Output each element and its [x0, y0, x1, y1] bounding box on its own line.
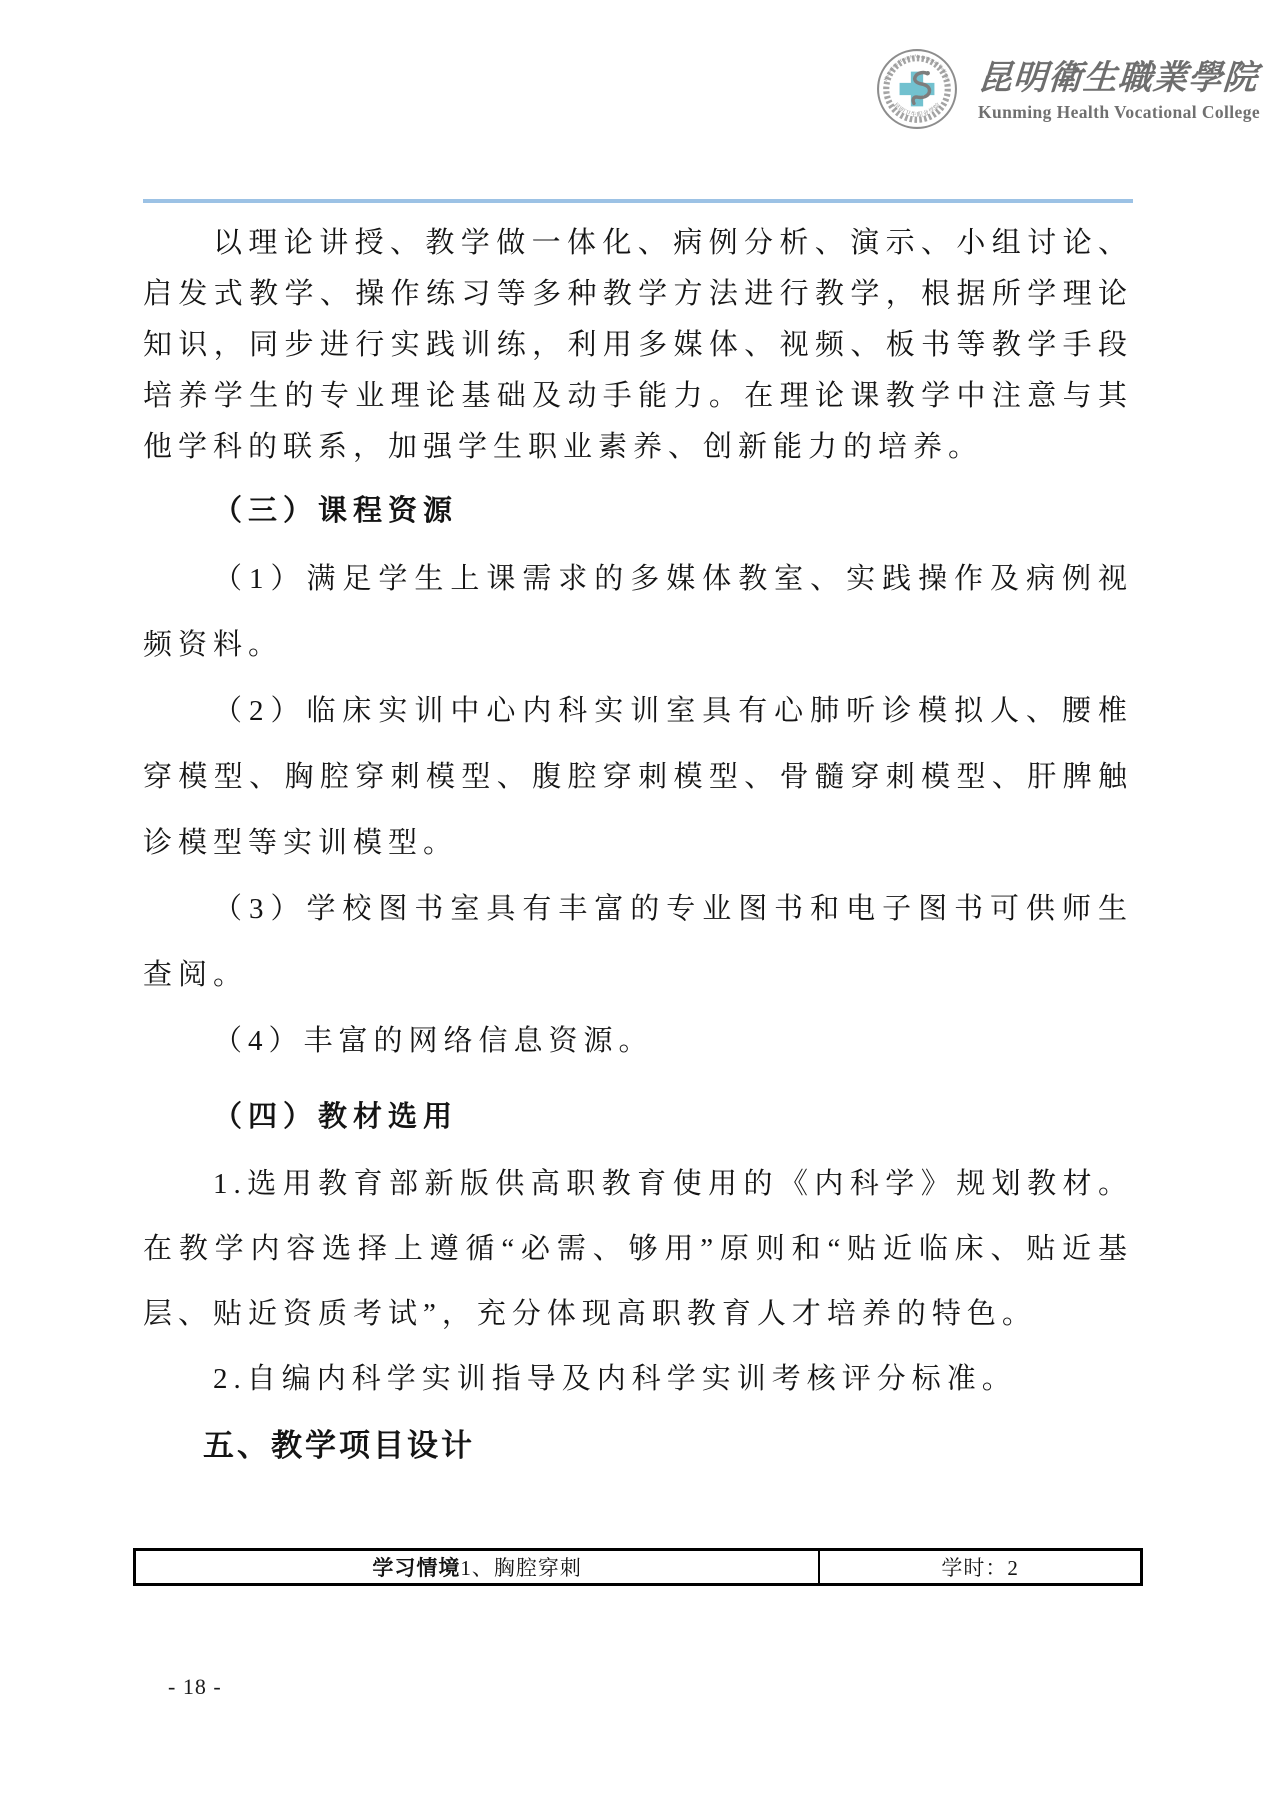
heading-course-resources: （三）课程资源	[143, 486, 1133, 537]
header-rule	[143, 199, 1133, 203]
heading-teaching-project-design: 五、教学项目设计	[143, 1420, 1133, 1472]
textbook-paragraph-2: 2.自编内科学实训指导及内科学实训考核评分标准。	[143, 1347, 1133, 1412]
document-body: 以理论讲授、教学做一体化、病例分析、演示、小组讨论、启发式教学、操作练习等多种教…	[143, 218, 1133, 1586]
textbook-paragraph-1: 1.选用教育部新版供高职教育使用的《内科学》规划教材。在教学内容选择上遵循“必需…	[143, 1152, 1133, 1347]
table-row: 学习情境1、胸腔穿刺 学时：2	[135, 1550, 1142, 1585]
paragraph-teaching-methods: 以理论讲授、教学做一体化、病例分析、演示、小组讨论、启发式教学、操作练习等多种教…	[143, 218, 1133, 473]
college-name-block: 昆明衛生職業學院 Kunming Health Vocational Colle…	[978, 56, 1260, 122]
resource-item-3: （3）学校图书室具有丰富的专业图书和电子图书可供师生查阅。	[143, 876, 1133, 1008]
college-name-zh: 昆明衛生職業學院	[976, 56, 1261, 102]
resource-item-2: （2）临床实训中心内科实训室具有心肺听诊模拟人、腰椎穿模型、胸腔穿刺模型、腹腔穿…	[143, 678, 1133, 876]
page-number: - 18 -	[168, 1674, 222, 1700]
college-logo: Kunming Health Vocational College 昆明卫生职业…	[876, 48, 1260, 130]
document-page: Kunming Health Vocational College 昆明卫生职业…	[0, 0, 1274, 1801]
situation-label: 学习情境	[372, 1557, 460, 1580]
situation-value: 1、胸腔穿刺	[460, 1556, 582, 1580]
learning-situation-table: 学习情境1、胸腔穿刺 学时：2	[133, 1548, 1143, 1586]
resource-item-4: （4）丰富的网络信息资源。	[143, 1008, 1133, 1074]
resource-item-1: （1）满足学生上课需求的多媒体教室、实践操作及病例视频资料。	[143, 546, 1133, 678]
college-seal-icon: Kunming Health Vocational College 昆明卫生职业…	[876, 48, 958, 130]
hours-cell: 学时：2	[819, 1550, 1141, 1585]
heading-textbook-selection: （四）教材选用	[143, 1092, 1133, 1143]
college-name-en: Kunming Health Vocational College	[978, 102, 1260, 122]
situation-cell: 学习情境1、胸腔穿刺	[135, 1550, 820, 1585]
